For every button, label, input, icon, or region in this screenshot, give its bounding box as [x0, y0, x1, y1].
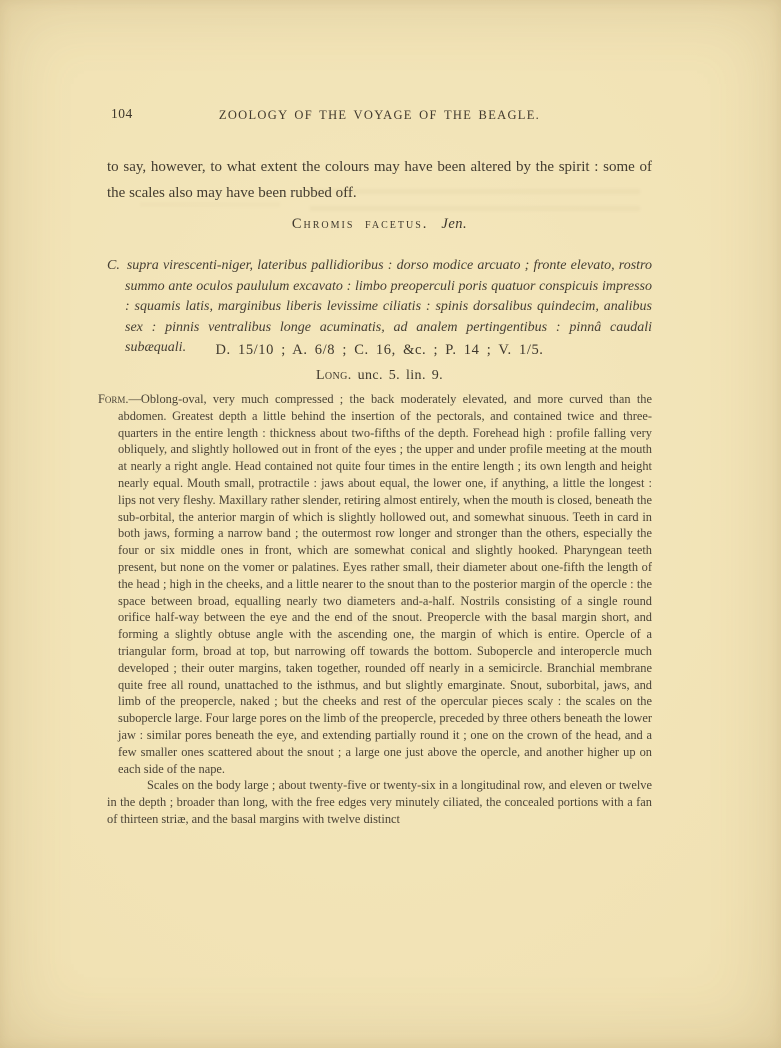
intro-paragraph: to say, however, to what extent the colo…: [107, 154, 652, 206]
scales-paragraph: Scales on the body large ; about twenty-…: [107, 777, 652, 827]
length-line: Long. unc. 5. lin. 9.: [107, 368, 652, 384]
length-value: unc. 5. lin. 9.: [358, 368, 444, 383]
species-authority: Jen.: [441, 216, 467, 232]
species-name: Chromis facetus.: [292, 216, 429, 232]
latin-diagnosis-lead: C.: [107, 258, 120, 273]
length-label: Long.: [316, 368, 352, 383]
form-description-paragraph: Form.—Oblong-oval, very much compressed …: [107, 391, 652, 777]
fin-ray-formula: D. 15/10 ; A. 6/8 ; C. 16, &c. ; P. 14 ;…: [107, 342, 652, 359]
book-page-scan: 104 ZOOLOGY OF THE VOYAGE OF THE BEAGLE.…: [0, 0, 781, 1048]
latin-diagnosis-text: supra virescenti-niger, lateribus pallid…: [125, 258, 652, 355]
species-heading: Chromis facetus.Jen.: [107, 216, 652, 233]
form-description-text: —Oblong-oval, very much compressed ; the…: [118, 392, 652, 776]
running-header: ZOOLOGY OF THE VOYAGE OF THE BEAGLE.: [107, 108, 652, 123]
form-label: Form.: [98, 392, 129, 406]
description-block: Form.—Oblong-oval, very much compressed …: [107, 391, 652, 828]
